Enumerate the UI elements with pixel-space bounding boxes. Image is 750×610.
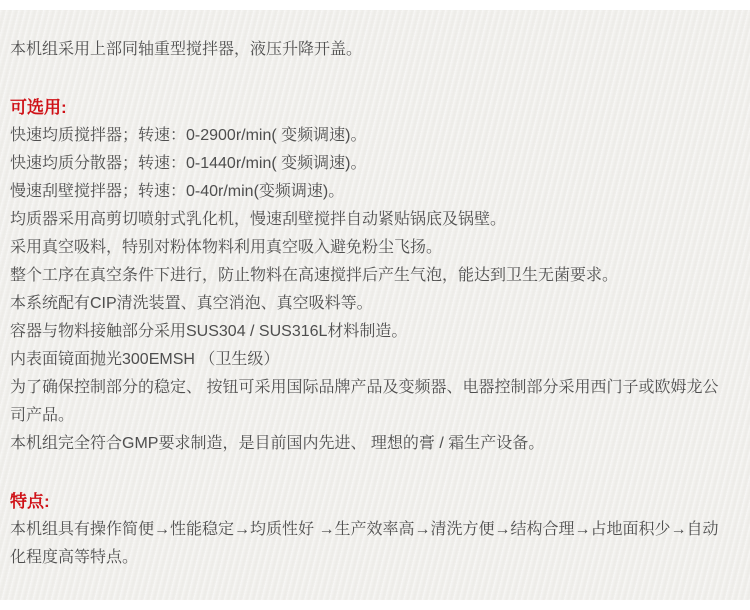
optional-item-mixer-speed: 快速均质搅拌器；转速：0-2900r/min( 变频调速)。: [10, 122, 728, 150]
optional-item-cip-system: 本系统配有CIP清洗装置、真空消泡、真空吸料等。: [10, 290, 728, 318]
top-margin-strip: [0, 0, 750, 10]
optional-item-vacuum-process: 整个工序在真空条件下进行，防止物料在高速搅拌后产生气泡，能达到卫生无菌要求。: [10, 262, 728, 290]
bottom-margin-strip: [0, 600, 750, 610]
intro-paragraph: 本机组采用上部同轴重型搅拌器，液压升降开盖。: [10, 36, 728, 64]
optional-item-polish: 内表面镜面抛光300EMSH （卫生级）: [10, 346, 728, 374]
features-paragraph: 本机组具有操作简便→性能稳定→均质性好 →生产效率高→清洗方便→结构合理→占地面…: [10, 516, 728, 572]
description-paper-section: 本机组采用上部同轴重型搅拌器，液压升降开盖。 可选用: 快速均质搅拌器；转速：0…: [0, 10, 750, 600]
optional-item-control-brands: 为了确保控制部分的稳定、 按钮可采用国际品牌产品及变频器、电器控制部分采用西门子…: [10, 374, 728, 430]
optional-item-gmp: 本机组完全符合GMP要求制造，是目前国内先进、 理想的膏 / 霜生产设备。: [10, 430, 728, 458]
description-content: 本机组采用上部同轴重型搅拌器，液压升降开盖。 可选用: 快速均质搅拌器；转速：0…: [0, 10, 750, 572]
optional-section-heading: 可选用:: [10, 94, 728, 122]
optional-item-disperser-speed: 快速均质分散器；转速：0-1440r/min( 变频调速)。: [10, 150, 728, 178]
optional-item-scraper-speed: 慢速刮壁搅拌器；转速：0-40r/min(变频调速)。: [10, 178, 728, 206]
product-description-page: 本机组采用上部同轴重型搅拌器，液压升降开盖。 可选用: 快速均质搅拌器；转速：0…: [0, 0, 750, 610]
optional-item-homogenizer: 均质器采用高剪切喷射式乳化机，慢速刮壁搅拌自动紧贴锅底及锅壁。: [10, 206, 728, 234]
optional-item-material-sus: 容器与物料接触部分采用SUS304 / SUS316L材料制造。: [10, 318, 728, 346]
features-section-heading: 特点:: [10, 488, 728, 516]
optional-item-vacuum-suction: 采用真空吸料，特别对粉体物料利用真空吸入避免粉尘飞扬。: [10, 234, 728, 262]
